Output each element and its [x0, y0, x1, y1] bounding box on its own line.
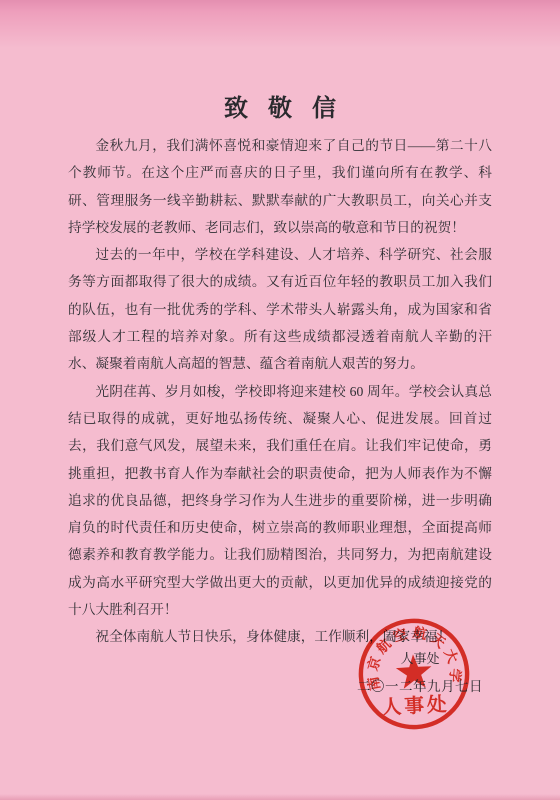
paragraph-3: 光阴荏苒、岁月如梭，学校即将迎来建校 60 周年。学校会认真总结已取得的成就，更… [68, 378, 492, 624]
official-seal: 南京航空航天大学 人事处 [352, 612, 476, 736]
letter-body: 金秋九月，我们满怀喜悦和豪情迎来了自己的节日——第二十八个教师节。在这个庄严而喜… [68, 132, 492, 651]
paragraph-2: 过去的一年中，学校在学科建设、人才培养、科学研究、社会服务等方面都取得了很大的成… [68, 241, 492, 377]
seal-bottom-text: 人事处 [381, 693, 450, 720]
letter-title: 致敬信 [0, 88, 560, 123]
signature-date: 二〇一二年九月七日 [348, 675, 492, 695]
paragraph-1: 金秋九月，我们满怀喜悦和豪情迎来了自己的节日——第二十八个教师节。在这个庄严而喜… [68, 132, 492, 241]
paper-bottom-edge [0, 794, 560, 800]
signature-department: 人事处 [352, 648, 488, 667]
paper-top-edge [0, 0, 560, 48]
